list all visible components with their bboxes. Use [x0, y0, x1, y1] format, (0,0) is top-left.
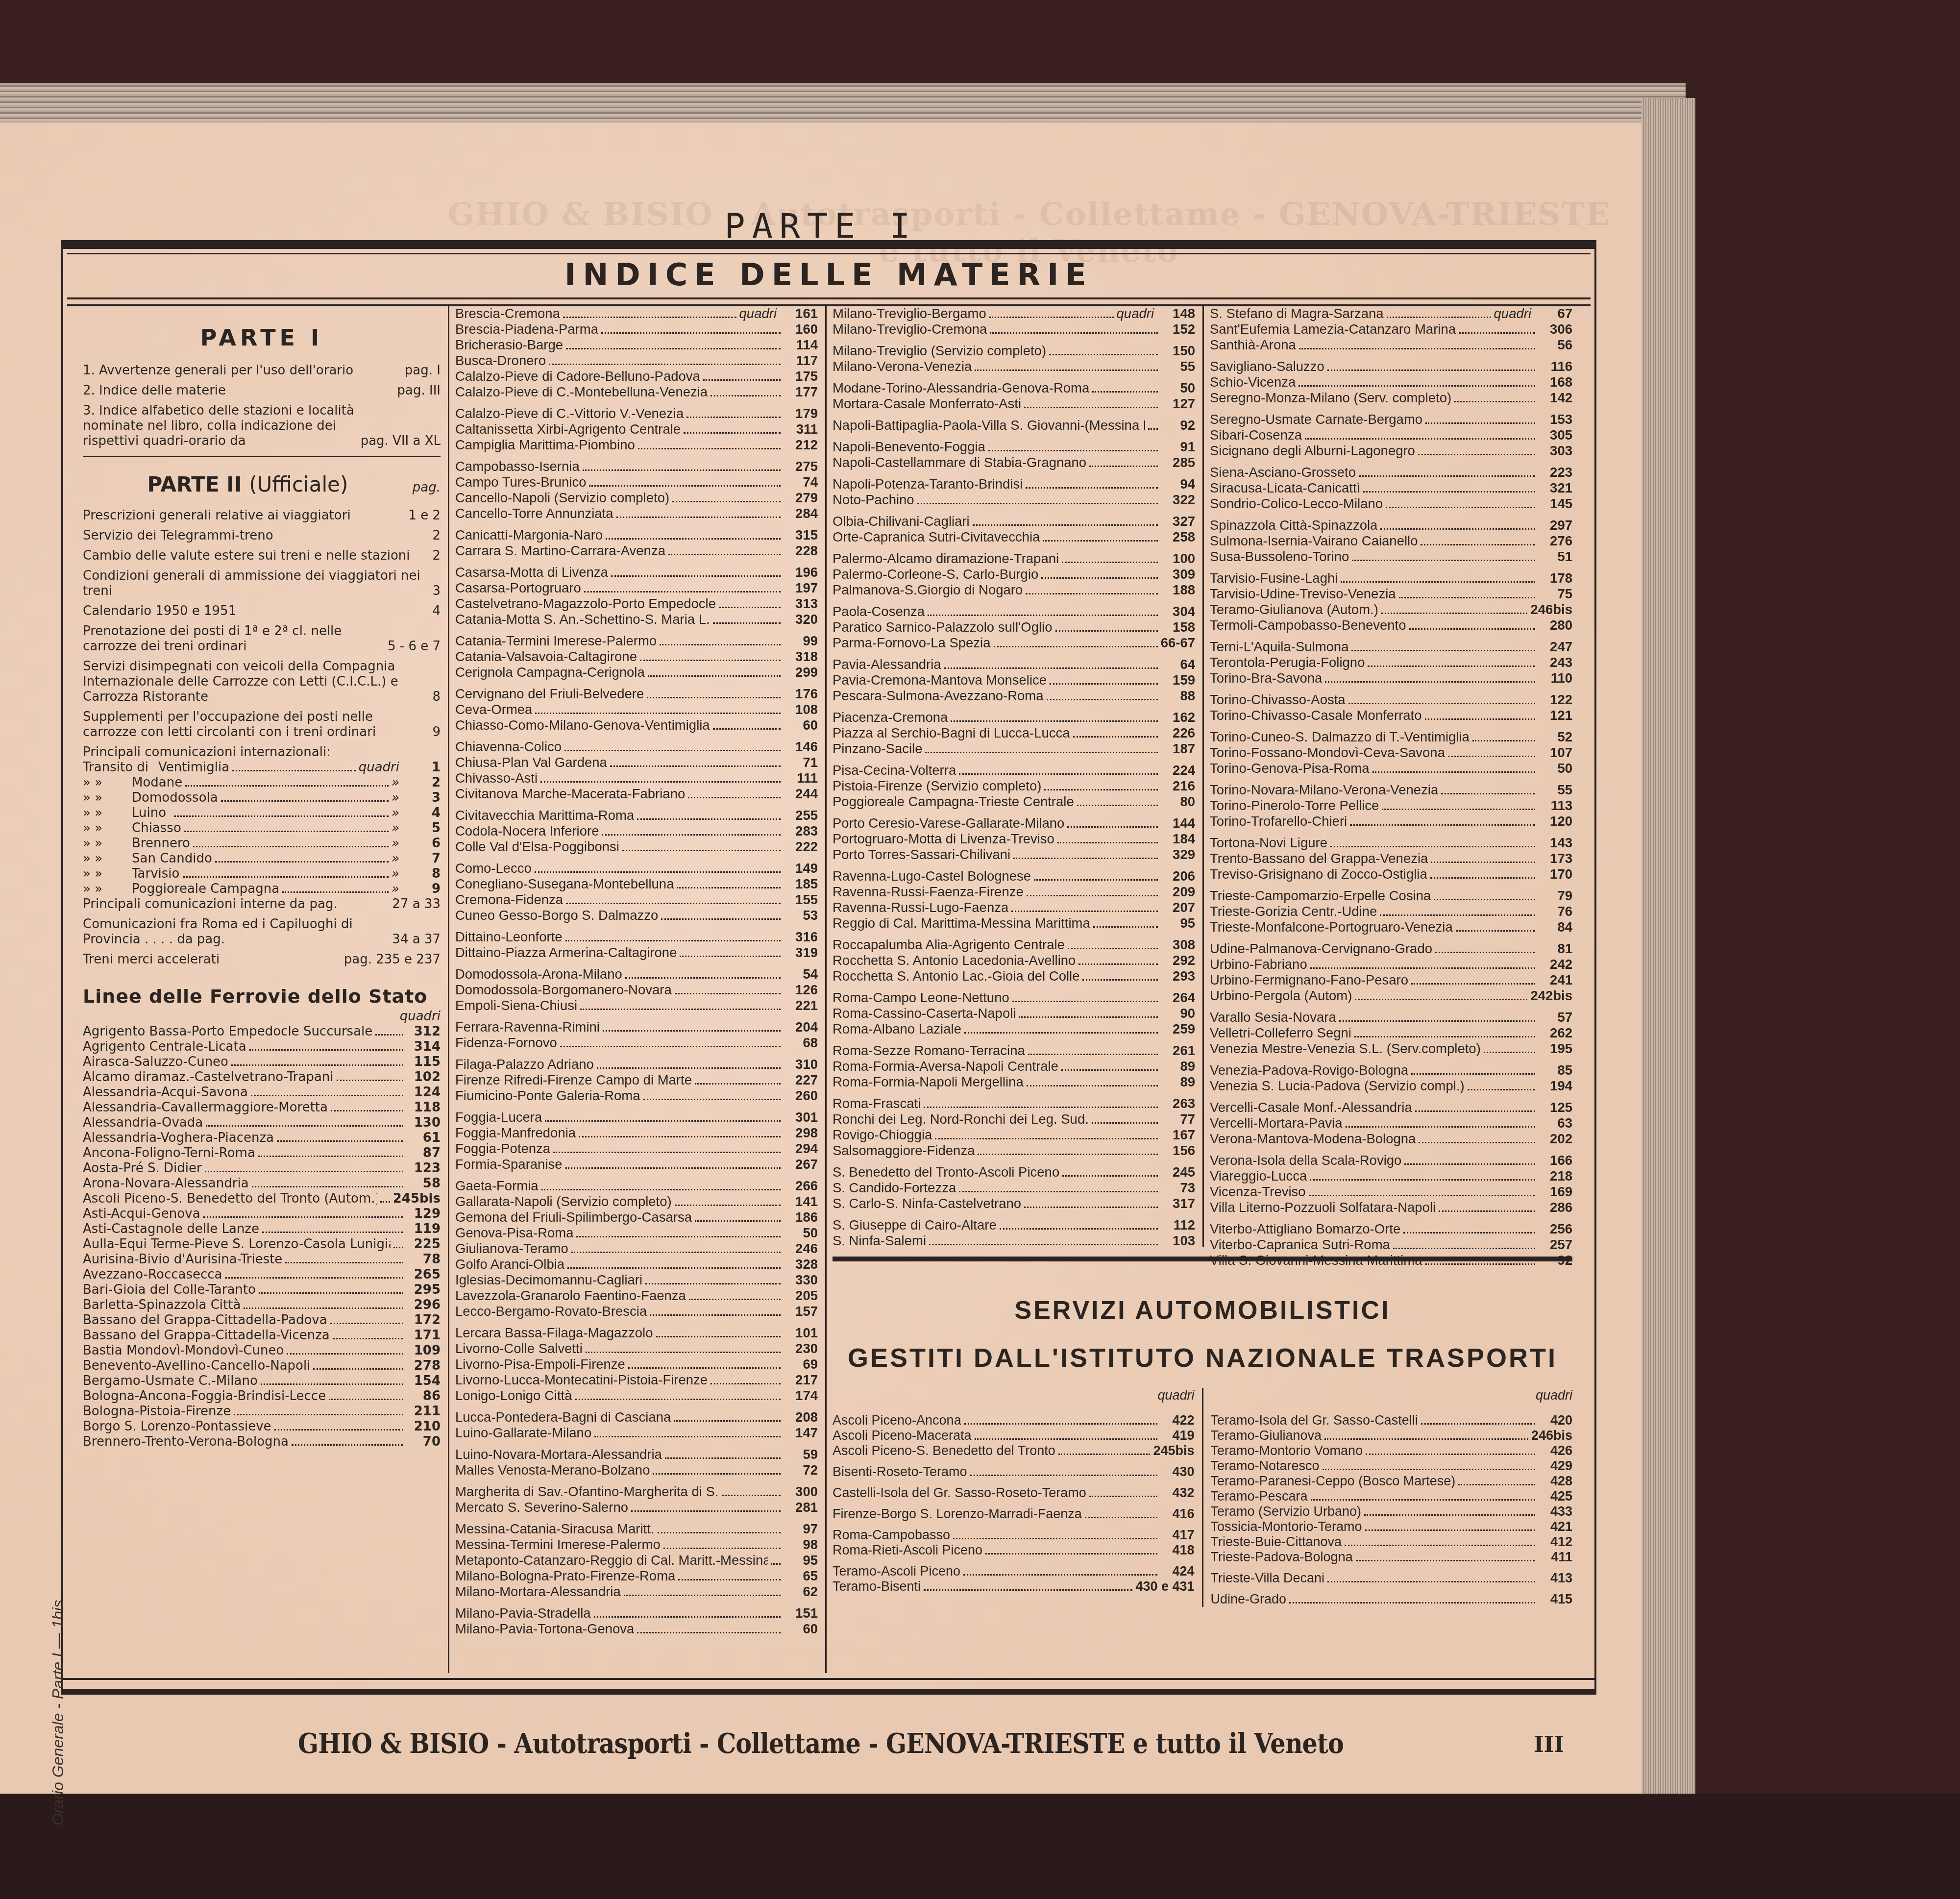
index-entry[interactable]: Urbino-Fermignano-Fano-Pesaro241: [1210, 972, 1572, 988]
index-entry[interactable]: Pescara-Sulmona-Avezzano-Roma88: [833, 688, 1195, 704]
index-entry[interactable]: Vercelli-Casale Monf.-Alessandria125: [1210, 1100, 1572, 1115]
index-entry[interactable]: Servizio dei Telegrammi-treno2: [83, 528, 441, 543]
index-entry[interactable]: Arona-Novara-Alessandria58: [83, 1176, 441, 1191]
index-entry[interactable]: Chivasso-Asti111: [455, 770, 818, 786]
index-entry[interactable]: Teramo-Pescara425: [1211, 1489, 1573, 1504]
entry-quadro: 115: [406, 1055, 441, 1070]
index-entry[interactable]: Chiasso-Como-Milano-Genova-Ventimiglia60: [455, 717, 818, 733]
transit-entry[interactable]: » »Poggioreale Campagna»9: [83, 882, 441, 897]
entry-quadro: 429: [1538, 1458, 1572, 1474]
index-entry[interactable]: Pinzano-Sacile187: [833, 741, 1195, 757]
index-entry[interactable]: Treviso-Grisignano di Zocco-Ostiglia170: [1210, 866, 1572, 882]
leader-dots: [975, 1438, 1157, 1440]
index-entry[interactable]: Comunicazioni fra Roma ed i Capiluoghi d…: [83, 917, 441, 947]
index-entry[interactable]: Gallarata-Napoli (Servizio completo)141: [455, 1194, 818, 1209]
index-entry[interactable]: Roma-Cassino-Caserta-Napoli90: [833, 1006, 1195, 1021]
index-entry[interactable]: Cambio delle valute estere sui treni e n…: [83, 548, 441, 564]
index-entry[interactable]: Trento-Bassano del Grappa-Venezia173: [1210, 851, 1572, 866]
index-entry[interactable]: Luino-Gallarate-Milano147: [455, 1425, 818, 1441]
index-entry[interactable]: Trieste-Monfalcone-Portogruaro-Venezia84: [1210, 919, 1572, 935]
index-entry[interactable]: Bisenti-Roseto-Teramo430: [833, 1464, 1195, 1480]
index-entry[interactable]: Roma-Frascati263: [833, 1096, 1195, 1111]
index-entry[interactable]: Cancello-Napoli (Servizio completo)279: [455, 490, 818, 506]
index-entry[interactable]: Teramo-Giulianova246bis: [1211, 1428, 1573, 1443]
entry-quadro: 154: [406, 1374, 441, 1389]
index-entry[interactable]: Palermo-Alcamo diramazione-Trapani100: [833, 551, 1195, 567]
index-entry[interactable]: Brescia-Cremonaquadri161: [455, 306, 818, 321]
index-entry[interactable]: Campiglia Marittima-Piombino212: [455, 437, 818, 453]
index-entry[interactable]: Bastia Mondovì-Mondovì-Cuneo109: [83, 1343, 441, 1358]
index-entry[interactable]: Firenze-Borgo S. Lorenzo-Marradi-Faenza4…: [833, 1506, 1195, 1522]
leader-dots: [1050, 683, 1158, 685]
index-entry[interactable]: Teramo-Montorio Vomano426: [1211, 1443, 1573, 1458]
index-entry[interactable]: Santhià-Arona56: [1210, 337, 1572, 353]
index-entry[interactable]: Brennero-Trento-Verona-Bologna70: [83, 1434, 441, 1450]
index-entry[interactable]: Livorno-Colle Salvetti230: [455, 1341, 818, 1356]
index-entry[interactable]: Vercelli-Mortara-Pavia63: [1210, 1115, 1572, 1131]
index-entry[interactable]: Trieste-Buie-Cittanova412: [1211, 1534, 1573, 1550]
index-entry[interactable]: Roma-Campo Leone-Nettuno264: [833, 990, 1195, 1006]
index-entry[interactable]: Prescrizioni generali relative ai viaggi…: [83, 508, 441, 523]
index-entry[interactable]: Principali comunicazioni interne da pag.…: [83, 897, 441, 912]
index-entry[interactable]: Viterbo-Attigliano Bomarzo-Orte256: [1210, 1221, 1572, 1237]
index-entry[interactable]: Condizioni generali di ammissione dei vi…: [83, 568, 441, 599]
entry-quadro: 413: [1538, 1571, 1572, 1586]
index-entry[interactable]: Ceva-Ormea108: [455, 702, 818, 717]
entry-quadro: 50: [1538, 761, 1572, 776]
index-entry[interactable]: Foggia-Potenza294: [455, 1141, 818, 1157]
leader-dots: [594, 1616, 781, 1618]
index-entry[interactable]: Civitavecchia Marittima-Roma255: [455, 808, 818, 823]
index-entry[interactable]: Ravenna-Lugo-Castel Bolognese206: [833, 868, 1195, 884]
index-entry[interactable]: Piazza al Serchio-Bagni di Lucca-Lucca22…: [833, 725, 1195, 741]
index-entry[interactable]: Calalzo-Pieve di Cadore-Belluno-Padova17…: [455, 369, 818, 384]
index-entry[interactable]: Servizi disimpegnati con veicoli della C…: [83, 659, 441, 705]
index-entry[interactable]: Verona-Mantova-Modena-Bologna202: [1210, 1131, 1572, 1147]
index-entry[interactable]: Mercato S. Severino-Salerno281: [455, 1500, 818, 1515]
index-entry[interactable]: Teramo-Ascoli Piceno424: [833, 1564, 1195, 1579]
index-entry[interactable]: Airasca-Saluzzo-Cuneo115: [83, 1055, 441, 1070]
index-entry[interactable]: Bricherasio-Barge114: [455, 337, 818, 353]
index-entry[interactable]: Torino-Chivasso-Aosta122: [1210, 692, 1572, 708]
index-entry[interactable]: Teramo-Bisenti430 e 431: [833, 1579, 1195, 1594]
index-entry[interactable]: Teramo-Paranesi-Ceppo (Bosco Martese)428: [1211, 1474, 1573, 1489]
index-entry[interactable]: Aurisina-Bivio d'Aurisina-Trieste78: [83, 1252, 441, 1267]
index-entry[interactable]: Alessandria-Cavallermaggiore-Moretta118: [83, 1100, 441, 1115]
entry-label: Reggio di Cal. Marittima-Messina Maritti…: [833, 915, 1090, 931]
index-entry[interactable]: Bologna-Ancona-Foggia-Brindisi-Lecce86: [83, 1389, 441, 1404]
entry-label: Condizioni generali di ammissione dei vi…: [83, 568, 427, 599]
entry-quadro: 116: [1538, 359, 1572, 374]
index-entry[interactable]: Venezia-Padova-Rovigo-Bologna85: [1210, 1062, 1572, 1078]
index-entry[interactable]: Roccapalumba Alia-Agrigento Centrale308: [833, 937, 1195, 953]
index-entry[interactable]: Cerignola Campagna-Cerignola299: [455, 665, 818, 680]
index-entry[interactable]: Sulmona-Isernia-Vairano Caianello276: [1210, 533, 1572, 549]
index-entry[interactable]: Busca-Dronero117: [455, 353, 818, 369]
advertisement-footer: GHIO & BISIO - Autotrasporti - Collettam…: [98, 1727, 1543, 1760]
index-entry[interactable]: Milano-Pavia-Stradella151: [455, 1605, 818, 1621]
index-entry[interactable]: Tossicia-Montorio-Teramo421: [1211, 1519, 1573, 1534]
index-entry[interactable]: Dittaino-Leonforte316: [455, 929, 818, 945]
index-entry[interactable]: Mortara-Casale Monferrato-Asti127: [833, 396, 1195, 412]
transit-entry[interactable]: Transito diVentimigliaquadri1: [83, 760, 441, 775]
index-entry[interactable]: Asti-Castagnole delle Lanze119: [83, 1222, 441, 1237]
transit-entry[interactable]: » »San Candido»7: [83, 851, 441, 866]
index-entry[interactable]: Ascoli Piceno-S. Benedetto del Tronto245…: [833, 1443, 1195, 1458]
index-entry[interactable]: Venezia Mestre-Venezia S.L. (Serv.comple…: [1210, 1041, 1572, 1057]
index-entry[interactable]: Filaga-Palazzo Adriano310: [455, 1057, 818, 1072]
index-entry[interactable]: Spinazzola Città-Spinazzola297: [1210, 518, 1572, 533]
index-entry[interactable]: Golfo Aranci-Olbia328: [455, 1257, 818, 1272]
index-entry[interactable]: Bologna-Pistoia-Firenze211: [83, 1404, 441, 1419]
index-entry[interactable]: Sibari-Cosenza305: [1210, 427, 1572, 443]
index-entry[interactable]: Alessandria-Voghera-Piacenza61: [83, 1131, 441, 1146]
entry-label: Prescrizioni generali relative ai viaggi…: [83, 508, 403, 523]
index-entry[interactable]: Viterbo-Capranica Sutri-Roma257: [1210, 1237, 1572, 1253]
index-entry[interactable]: Teramo-Giulianova (Autom.)246bis: [1210, 602, 1572, 617]
transit-entry[interactable]: » »Domodossola»3: [83, 790, 441, 806]
transit-entry[interactable]: » »Modane»2: [83, 775, 441, 790]
index-entry[interactable]: Ravenna-Russi-Faenza-Firenze209: [833, 884, 1195, 900]
index-entry[interactable]: Milano-Bologna-Prato-Firenze-Roma65: [455, 1568, 818, 1584]
index-entry[interactable]: Cancello-Torre Annunziata284: [455, 506, 818, 521]
index-entry[interactable]: Porto Ceresio-Varese-Gallarate-Milano144: [833, 815, 1195, 831]
spacer: [833, 931, 1195, 937]
index-entry[interactable]: Roma-Formia-Napoli Mergellina89: [833, 1074, 1195, 1090]
index-entry[interactable]: Trieste-Campomarzio-Erpelle Cosina79: [1210, 888, 1572, 904]
index-entry[interactable]: Alessandria-Acqui-Savona124: [83, 1085, 441, 1100]
index-entry[interactable]: Torino-Chivasso-Casale Monferrato121: [1210, 708, 1572, 723]
index-entry[interactable]: Udine-Grado415: [1211, 1592, 1573, 1607]
index-entry[interactable]: 2. Indice delle materiepag. III: [83, 383, 441, 398]
index-entry[interactable]: Gemona del Friuli-Spilimbergo-Casarsa186: [455, 1209, 818, 1225]
index-entry[interactable]: Torino-Cuneo-S. Dalmazzo di T.-Ventimigl…: [1210, 729, 1572, 745]
index-entry[interactable]: Ascoli Piceno-Ancona422: [833, 1413, 1195, 1428]
entry-label: Dittaino-Piazza Armerina-Caltagirone: [455, 945, 677, 960]
transit-entry[interactable]: » »Brennero»6: [83, 836, 441, 851]
index-entry[interactable]: Roma-Sezze Romano-Terracina261: [833, 1043, 1195, 1059]
index-entry[interactable]: Ascoli Piceno-Macerata419: [833, 1428, 1195, 1443]
entry-quadro: 125: [1538, 1100, 1572, 1115]
index-entry[interactable]: Siracusa-Licata-Canicattì321: [1210, 480, 1572, 496]
index-entry[interactable]: Asti-Acqui-Genova129: [83, 1207, 441, 1222]
index-entry[interactable]: Trieste-Villa Decani413: [1211, 1571, 1573, 1586]
entry-label: Alessandria-Acqui-Savona: [83, 1085, 248, 1100]
index-entry[interactable]: Catania-Valsavoia-Caltagirone318: [455, 649, 818, 665]
index-entry[interactable]: Vicenza-Treviso169: [1210, 1184, 1572, 1200]
index-entry[interactable]: Casarsa-Motta di Livenza196: [455, 565, 818, 580]
index-entry[interactable]: Domodossola-Borgomanero-Novara126: [455, 982, 818, 998]
index-entry[interactable]: Tortona-Novi Ligure143: [1210, 835, 1572, 851]
index-entry[interactable]: Tarvisio-Fusine-Laghi178: [1210, 570, 1572, 586]
index-entry[interactable]: Foggia-Lucera301: [455, 1110, 818, 1125]
spacer: [833, 433, 1195, 439]
index-entry[interactable]: Torino-Bra-Savona110: [1210, 670, 1572, 686]
index-entry[interactable]: Paola-Cosenza304: [833, 604, 1195, 619]
leader-dots: [1078, 963, 1158, 965]
index-entry[interactable]: Urbino-Pergola (Autom)242bis: [1210, 988, 1572, 1004]
index-entry[interactable]: Viareggio-Lucca218: [1210, 1168, 1572, 1184]
index-entry[interactable]: Terontola-Perugia-Foligno243: [1210, 655, 1572, 670]
index-entry[interactable]: Como-Lecco149: [455, 861, 818, 876]
index-entry[interactable]: Olbia-Chilivani-Cagliari327: [833, 514, 1195, 529]
index-entry[interactable]: Aosta-Pré S. Didier123: [83, 1161, 441, 1176]
index-entry[interactable]: S. Benedetto del Tronto-Ascoli Piceno245: [833, 1164, 1195, 1180]
index-entry[interactable]: Palermo-Corleone-S. Carlo-Burgio309: [833, 567, 1195, 582]
index-entry[interactable]: Trieste-Gorizia Centr.-Udine76: [1210, 904, 1572, 919]
leader-dots: [1034, 879, 1158, 881]
index-entry[interactable]: Milano-Verona-Venezia55: [833, 359, 1195, 374]
index-entry[interactable]: Paratico Sarnico-Palazzolo sull'Oglio158: [833, 619, 1195, 635]
index-entry[interactable]: Lecco-Bergamo-Rovato-Brescia157: [455, 1304, 818, 1319]
index-entry[interactable]: Brescia-Piadena-Parma160: [455, 321, 818, 337]
index-entry[interactable]: Rocchetta S. Antonio Lacedonia-Avellino2…: [833, 953, 1195, 968]
index-entry[interactable]: Ancona-Foligno-Terni-Roma87: [83, 1146, 441, 1161]
index-entry[interactable]: Rovigo-Chioggia167: [833, 1127, 1195, 1143]
index-entry[interactable]: Ferrara-Ravenna-Rimini204: [455, 1019, 818, 1035]
index-entry[interactable]: 1. Avvertenze generali per l'uso dell'or…: [83, 363, 441, 378]
index-entry[interactable]: Livorno-Pisa-Empoli-Firenze69: [455, 1356, 818, 1372]
entry-quadro: 321: [1538, 480, 1572, 495]
entry-quadro: 230: [784, 1341, 818, 1356]
index-entry[interactable]: Ascoli Piceno-S. Benedetto del Tronto (A…: [83, 1191, 441, 1207]
index-entry[interactable]: Modane-Torino-Alessandria-Genova-Roma50: [833, 380, 1195, 396]
index-entry[interactable]: Seregno-Usmate Carnate-Bergamo153: [1210, 412, 1572, 427]
index-entry[interactable]: Bassano del Grappa-Cittadella-Padova172: [83, 1313, 441, 1328]
index-entry[interactable]: Poggioreale Campagna-Trieste Centrale80: [833, 794, 1195, 810]
index-entry[interactable]: Metaponto-Catanzaro-Reggio di Cal. Marit…: [455, 1553, 818, 1568]
index-entry[interactable]: Susa-Bussoleno-Torino51: [1210, 549, 1572, 565]
index-entry[interactable]: Campobasso-Isernia275: [455, 459, 818, 474]
index-entry[interactable]: Canicattì-Margonia-Naro315: [455, 527, 818, 543]
index-entry[interactable]: Pavia-Cremona-Mantova Monselice159: [833, 672, 1195, 688]
index-entry[interactable]: Catania-Termini Imerese-Palermo99: [455, 633, 818, 649]
entry-quadro: 316: [784, 929, 818, 944]
index-entry[interactable]: Reggio di Cal. Marittima-Messina Maritti…: [833, 915, 1195, 931]
index-entry[interactable]: Sicignano degli Alburni-Lagonegro303: [1210, 443, 1572, 459]
index-entry[interactable]: Lavezzola-Granarolo Faentino-Faenza205: [455, 1288, 818, 1304]
index-entry[interactable]: Pisa-Cecina-Volterra224: [833, 763, 1195, 778]
index-entry[interactable]: Milano-Treviglio-Cremona152: [833, 321, 1195, 337]
index-entry[interactable]: Castelli-Isola del Gr. Sasso-Roseto-Tera…: [833, 1485, 1195, 1501]
index-entry[interactable]: Villa Literno-Pozzuoli Solfatara-Napoli2…: [1210, 1200, 1572, 1215]
index-entry[interactable]: Iglesias-Decimomannu-Cagliari330: [455, 1272, 818, 1288]
index-entry[interactable]: Livorno-Lucca-Montecatini-Pistoia-Firenz…: [455, 1372, 818, 1388]
index-entry[interactable]: Malles Venosta-Merano-Bolzano72: [455, 1462, 818, 1478]
index-entry[interactable]: S. Giuseppe di Cairo-Altare112: [833, 1217, 1195, 1233]
index-entry[interactable]: Ronchi dei Leg. Nord-Ronchi dei Leg. Sud…: [833, 1111, 1195, 1127]
entry-label: Roma-Frascati: [833, 1096, 921, 1111]
index-entry[interactable]: Piacenza-Cremona162: [833, 710, 1195, 725]
leader-dots: [1411, 1073, 1535, 1075]
index-entry[interactable]: Rocchetta S. Antonio Lac.-Gioia del Coll…: [833, 968, 1195, 984]
index-entry[interactable]: Salsomaggiore-Fidenza156: [833, 1143, 1195, 1159]
index-entry[interactable]: Roma-Formia-Aversa-Napoli Centrale89: [833, 1059, 1195, 1074]
index-entry[interactable]: Ravenna-Russi-Lugo-Faenza207: [833, 900, 1195, 915]
index-entry[interactable]: Napoli-Battipaglia-Paola-Villa S. Giovan…: [833, 418, 1195, 433]
index-entry[interactable]: Napoli-Benevento-Foggia91: [833, 439, 1195, 455]
index-entry[interactable]: Parma-Fornovo-La Spezia66-67: [833, 635, 1195, 651]
index-entry[interactable]: Chiavenna-Colico146: [455, 739, 818, 755]
index-entry[interactable]: Torino-Genova-Pisa-Roma50: [1210, 761, 1572, 776]
leader-dots: [545, 1120, 781, 1122]
index-entry[interactable]: Teramo-Isola del Gr. Sasso-Castelli420: [1211, 1413, 1573, 1428]
index-entry[interactable]: Domodossola-Arona-Milano54: [455, 966, 818, 982]
index-entry[interactable]: Campo Tures-Brunico74: [455, 474, 818, 490]
index-entry[interactable]: Fidenza-Fornovo68: [455, 1035, 818, 1051]
index-entry[interactable]: Velletri-Colleferro Segni262: [1210, 1025, 1572, 1041]
index-entry[interactable]: Avezzano-Roccasecca265: [83, 1267, 441, 1282]
index-entry[interactable]: Siena-Asciano-Grosseto223: [1210, 465, 1572, 480]
index-entry[interactable]: Dittaino-Piazza Armerina-Caltagirone319: [455, 945, 818, 961]
leader-dots: [684, 432, 781, 434]
index-entry[interactable]: Tarvisio-Udine-Treviso-Venezia75: [1210, 586, 1572, 602]
spacer: [455, 453, 818, 459]
index-entry[interactable]: Foggia-Manfredonia298: [455, 1125, 818, 1141]
index-entry[interactable]: Pistoia-Firenze (Servizio completo)216: [833, 778, 1195, 794]
index-entry[interactable]: Casarsa-Portogruaro197: [455, 580, 818, 596]
leader-dots: [594, 1436, 781, 1437]
index-entry[interactable]: Lonigo-Lonigo Città174: [455, 1388, 818, 1404]
index-entry[interactable]: S. Carlo-S. Ninfa-Castelvetrano317: [833, 1196, 1195, 1211]
index-entry[interactable]: Napoli-Castellammare di Stabia-Gragnano2…: [833, 455, 1195, 470]
transit-entry[interactable]: » »Luino»4: [83, 806, 441, 821]
index-entry[interactable]: Torino-Novara-Milano-Verona-Venezia55: [1210, 782, 1572, 798]
leader-dots: [1028, 1054, 1158, 1055]
index-entry[interactable]: Noto-Pachino322: [833, 492, 1195, 508]
index-entry[interactable]: Terni-L'Aquila-Sulmona247: [1210, 639, 1572, 655]
index-entry[interactable]: Roma-Rieti-Ascoli Piceno418: [833, 1543, 1195, 1558]
index-entry[interactable]: S. Candido-Fortezza73: [833, 1180, 1195, 1196]
index-entry[interactable]: Lucca-Pontedera-Bagni di Casciana208: [455, 1409, 818, 1425]
index-entry[interactable]: Orte-Capranica Sutri-Civitavecchia258: [833, 529, 1195, 545]
index-entry[interactable]: Urbino-Fabriano242: [1210, 957, 1572, 972]
index-entry[interactable]: Termoli-Campobasso-Benevento280: [1210, 617, 1572, 633]
index-entry[interactable]: Supplementi per l'occupazione dei posti …: [83, 710, 441, 740]
transit-entry[interactable]: » »Tarvisio»8: [83, 866, 441, 882]
index-entry[interactable]: Milano-Mortara-Alessandria62: [455, 1584, 818, 1600]
index-entry[interactable]: Milano-Treviglio-Bergamoquadri148: [833, 306, 1195, 321]
index-entry[interactable]: Empoli-Siena-Chiusi221: [455, 998, 818, 1013]
index-entry[interactable]: Roma-Albano Laziale259: [833, 1021, 1195, 1037]
index-entry[interactable]: Calendario 1950 e 19514: [83, 604, 441, 619]
index-entry[interactable]: Carrara S. Martino-Carrara-Avenza228: [455, 543, 818, 559]
entry-quadro: 53: [784, 908, 818, 923]
leader-dots: [285, 1262, 403, 1263]
spacer: [1211, 1565, 1573, 1571]
index-entry[interactable]: Prenotazione dei posti di 1ª e 2ª cl. ne…: [83, 624, 441, 654]
index-entry[interactable]: Portogruaro-Motta di Livenza-Treviso184: [833, 831, 1195, 847]
index-entry[interactable]: Lercara Bassa-Filaga-Magazzolo101: [455, 1325, 818, 1341]
index-entry[interactable]: Porto Torres-Sassari-Chilivani329: [833, 847, 1195, 863]
index-entry[interactable]: 3. Indice alfabetico delle stazioni e lo…: [83, 403, 441, 449]
index-entry[interactable]: Luino-Novara-Mortara-Alessandria59: [455, 1447, 818, 1462]
index-entry[interactable]: Trieste-Padova-Bologna411: [1211, 1550, 1573, 1565]
index-entry[interactable]: Formia-Sparanise267: [455, 1157, 818, 1172]
index-entry[interactable]: Codola-Nocera Inferiore283: [455, 823, 818, 839]
index-entry[interactable]: Castelvetrano-Magazzolo-Porto Empedocle3…: [455, 596, 818, 612]
index-entry[interactable]: Torino-Pinerolo-Torre Pellice113: [1210, 798, 1572, 814]
index-entry[interactable]: Schio-Vicenza168: [1210, 374, 1572, 390]
leader-dots: [944, 667, 1158, 669]
entry-label: Roma-Campobasso: [833, 1528, 950, 1543]
index-entry[interactable]: Borgo S. Lorenzo-Pontassieve210: [83, 1419, 441, 1434]
index-entry[interactable]: Verona-Isola della Scala-Rovigo166: [1210, 1153, 1572, 1168]
index-entry[interactable]: Giulianova-Teramo246: [455, 1241, 818, 1257]
index-entry[interactable]: Caltanissetta Xirbi-Agrigento Centrale31…: [455, 421, 818, 437]
index-entry[interactable]: Firenze Rifredi-Firenze Campo di Marte22…: [455, 1072, 818, 1088]
index-entry[interactable]: S. Ninfa-Salemi103: [833, 1233, 1195, 1249]
column-4: S. Stefano di Magra-Sarzanaquadri67Sant'…: [1210, 306, 1572, 1268]
index-entry[interactable]: Napoli-Potenza-Taranto-Brindisi94: [833, 476, 1195, 492]
index-entry[interactable]: Teramo (Servizio Urbano)433: [1211, 1504, 1573, 1519]
index-entry[interactable]: Palmanova-S.Giorgio di Nogaro188: [833, 582, 1195, 598]
spacer: [1210, 1004, 1572, 1010]
transit-entry[interactable]: » »Chiasso»5: [83, 821, 441, 836]
index-entry[interactable]: Savigliano-Saluzzo116: [1210, 359, 1572, 374]
index-entry[interactable]: Messina-Termini Imerese-Palermo98: [455, 1537, 818, 1553]
index-entry[interactable]: Venezia S. Lucia-Padova (Servizio compl.…: [1210, 1078, 1572, 1094]
index-entry[interactable]: Agrigento Bassa-Porto Empedocle Succursa…: [83, 1024, 441, 1039]
index-entry[interactable]: Colle Val d'Elsa-Poggibonsi222: [455, 839, 818, 855]
index-entry[interactable]: Milano-Treviglio (Servizio completo)150: [833, 343, 1195, 359]
index-entry[interactable]: Roma-Campobasso417: [833, 1528, 1195, 1543]
index-entry[interactable]: Treni merci acceleratipag. 235 e 237: [83, 952, 441, 967]
index-entry[interactable]: Chiusa-Plan Val Gardena71: [455, 755, 818, 770]
index-entry[interactable]: Benevento-Avellino-Cancello-Napoli278: [83, 1358, 441, 1374]
index-entry[interactable]: Calalzo-Pieve di C.-Montebelluna-Venezia…: [455, 384, 818, 400]
index-entry[interactable]: Catania-Motta S. An.-Schettino-S. Maria …: [455, 612, 818, 627]
index-entry[interactable]: Bari-Gioia del Colle-Taranto295: [83, 1282, 441, 1298]
entry-quadro: 123: [406, 1161, 441, 1176]
index-entry[interactable]: Cervignano del Friuli-Belvedere176: [455, 686, 818, 702]
index-entry[interactable]: Sant'Eufemia Lamezia-Catanzaro Marina306: [1210, 321, 1572, 337]
index-entry[interactable]: Sondrio-Colico-Lecco-Milano145: [1210, 496, 1572, 512]
index-entry[interactable]: Milano-Pavia-Tortona-Genova60: [455, 1621, 818, 1637]
index-entry[interactable]: Barletta-Spinazzola Città296: [83, 1298, 441, 1313]
spacer: [1210, 512, 1572, 518]
index-entry[interactable]: Genova-Pisa-Roma50: [455, 1225, 818, 1241]
index-entry[interactable]: Cremona-Fidenza155: [455, 892, 818, 908]
leader-dots: [637, 1632, 781, 1633]
index-entry[interactable]: Torino-Fossano-Mondovì-Ceva-Savona107: [1210, 745, 1572, 761]
index-entry[interactable]: Pavia-Alessandria64: [833, 657, 1195, 672]
index-entry[interactable]: Bassano del Grappa-Cittadella-Vicenza171: [83, 1328, 441, 1343]
index-entry[interactable]: Teramo-Notaresco429: [1211, 1458, 1573, 1474]
index-entry[interactable]: Calalzo-Pieve di C.-Vittorio V.-Venezia1…: [455, 406, 818, 421]
index-entry[interactable]: Fiumicino-Ponte Galeria-Roma260: [455, 1088, 818, 1104]
index-entry[interactable]: Udine-Palmanova-Cervignano-Grado81: [1210, 941, 1572, 957]
entry-label: Trieste-Padova-Bologna: [1211, 1550, 1353, 1565]
index-entry[interactable]: Alessandria-Ovada130: [83, 1115, 441, 1131]
index-entry[interactable]: Bergamo-Usmate C.-Milano154: [83, 1374, 441, 1389]
index-entry[interactable]: Agrigento Centrale-Licata314: [83, 1039, 441, 1055]
index-entry[interactable]: Conegliano-Susegana-Montebelluna185: [455, 876, 818, 892]
index-entry[interactable]: Civitanova Marche-Macerata-Fabriano244: [455, 786, 818, 802]
index-entry[interactable]: S. Stefano di Magra-Sarzanaquadri67: [1210, 306, 1572, 321]
index-entry[interactable]: Messina-Catania-Siracusa Maritt.97: [455, 1521, 818, 1537]
index-entry[interactable]: Seregno-Monza-Milano (Serv. completo)142: [1210, 390, 1572, 406]
index-entry[interactable]: Varallo Sesia-Novara57: [1210, 1010, 1572, 1025]
index-entry[interactable]: Gaeta-Formia266: [455, 1178, 818, 1194]
index-entry[interactable]: Margherita di Sav.-Ofantino-Margherita d…: [455, 1484, 818, 1500]
entry-quadro: 167: [1161, 1127, 1195, 1142]
index-entry[interactable]: Cuneo Gesso-Borgo S. Dalmazzo53: [455, 908, 818, 923]
index-entry[interactable]: Torino-Trofarello-Chieri120: [1210, 814, 1572, 829]
index-entry[interactable]: Aulla-Equi Terme-Pieve S. Lorenzo-Casola…: [83, 1237, 441, 1252]
entry-label: Porto Torres-Sassari-Chilivani: [833, 847, 1010, 862]
index-entry[interactable]: Alcamo diramaz.-Castelvetrano-Trapani102: [83, 1070, 441, 1085]
